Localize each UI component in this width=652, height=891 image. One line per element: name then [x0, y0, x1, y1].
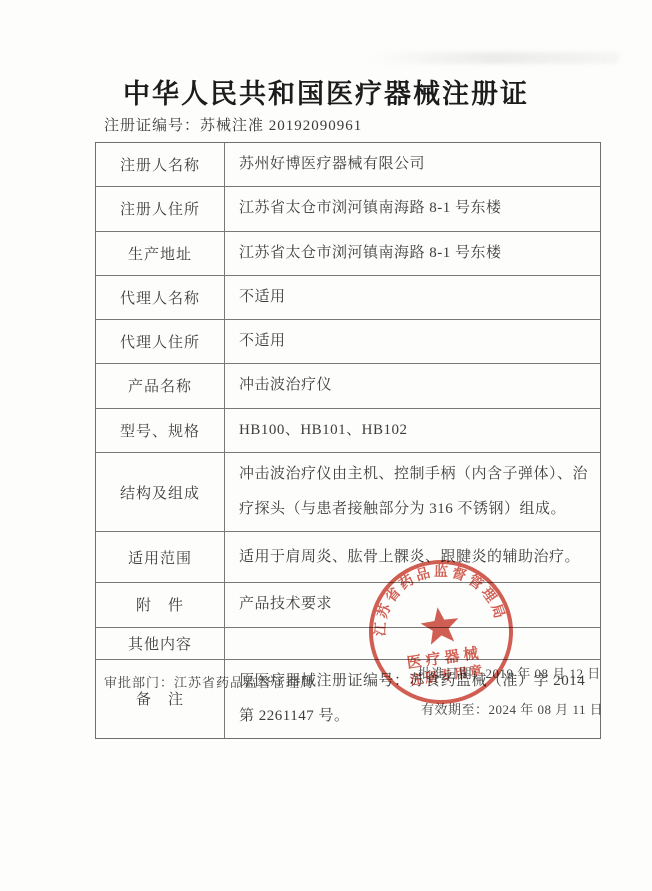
row-label: 注册人住所 — [96, 187, 225, 230]
registration-number-label: 注册证编号： — [104, 118, 200, 134]
table-row: 产品名称 冲击波治疗仪 — [96, 364, 600, 408]
table-row: 注册人住所 江苏省太仓市浏河镇南海路 8-1 号东楼 — [96, 187, 600, 231]
table-row: 生产地址 江苏省太仓市浏河镇南海路 8-1 号东楼 — [96, 232, 600, 276]
row-label: 结构及组成 — [96, 453, 225, 532]
row-label: 附 件 — [96, 583, 225, 626]
certificate-table: 注册人名称 苏州好博医疗器械有限公司 注册人住所 江苏省太仓市浏河镇南海路 8-… — [95, 142, 601, 739]
row-value: 冲击波治疗仪 — [225, 364, 600, 407]
registration-number-line: 注册证编号：苏械注准 20192090961 — [104, 114, 362, 135]
row-label: 其他内容 — [96, 628, 225, 659]
row-label: 适用范围 — [96, 532, 225, 582]
row-label: 代理人住所 — [96, 320, 225, 363]
page-title: 中华人民共和国医疗器械注册证 — [0, 72, 652, 111]
row-value: 不适用 — [225, 320, 600, 363]
valid-until-value: 2024 年 08 月 11 日 — [489, 702, 604, 717]
row-label: 生产地址 — [96, 232, 225, 275]
row-label: 代理人名称 — [96, 276, 225, 319]
row-value: 江苏省太仓市浏河镇南海路 8-1 号东楼 — [225, 232, 600, 275]
approval-department-label: 审批部门： — [104, 675, 174, 690]
table-row: 型号、规格 HB100、HB101、HB102 — [96, 409, 600, 453]
row-label: 产品名称 — [96, 364, 225, 407]
scan-artifact — [370, 52, 620, 64]
approval-department-value: 江苏省药品监督管理局 — [174, 675, 314, 690]
table-row: 代理人住所 不适用 — [96, 320, 600, 364]
table-row: 适用范围 适用于肩周炎、肱骨上髁炎、跟腱炎的辅助治疗。 — [96, 532, 600, 583]
row-value: 不适用 — [225, 276, 600, 319]
row-label: 型号、规格 — [96, 409, 225, 452]
table-row: 代理人名称 不适用 — [96, 276, 600, 320]
star-icon — [419, 605, 462, 646]
row-value: 苏州好博医疗器械有限公司 — [225, 143, 600, 186]
row-value: HB100、HB101、HB102 — [225, 409, 600, 452]
row-value: 江苏省太仓市浏河镇南海路 8-1 号东楼 — [225, 187, 600, 230]
row-value: 冲击波治疗仪由主机、控制手柄（内含子弹体）、治疗探头（与患者接触部分为 316 … — [225, 453, 600, 532]
certificate-page: 中华人民共和国医疗器械注册证 注册证编号：苏械注准 20192090961 注册… — [0, 0, 652, 891]
table-row: 注册人名称 苏州好博医疗器械有限公司 — [96, 143, 600, 187]
table-row: 结构及组成 冲击波治疗仪由主机、控制手柄（内含子弹体）、治疗探头（与患者接触部分… — [96, 453, 600, 533]
table-row: 其他内容 — [96, 628, 600, 660]
official-red-stamp: 江苏省药品监督管理局 医疗器械 注册专用章 — [356, 547, 525, 716]
registration-number-value: 苏械注准 20192090961 — [200, 118, 362, 134]
row-label: 注册人名称 — [96, 143, 225, 186]
approval-department-line: 审批部门：江苏省药品监督管理局 — [104, 672, 314, 691]
table-row: 附 件 产品技术要求 — [96, 583, 600, 627]
